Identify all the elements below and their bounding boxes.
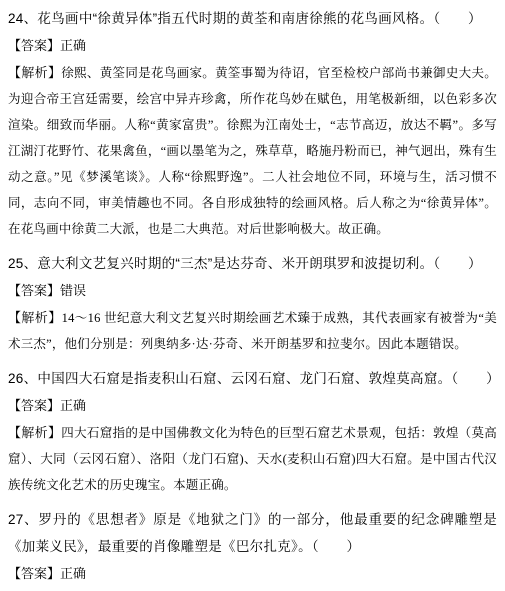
answer-line: 【答案】正确 <box>8 393 497 419</box>
analysis-line: 【解析】四大石窟指的是中国佛教文化为特色的巨型石窟艺术景观，包括：敦煌（莫高窟）… <box>8 420 497 498</box>
document-page: 24、花鸟画中“徐黄异体”指五代时期的黄荃和南唐徐熊的花鸟画风格。（ ） 【答案… <box>0 0 505 591</box>
analysis-text: 四大石窟指的是中国佛教文化为特色的巨型石窟艺术景观，包括：敦煌（莫高窟）、大同（… <box>8 426 497 492</box>
question-text: 24、花鸟画中“徐黄异体”指五代时期的黄荃和南唐徐熊的花鸟画风格。（ ） <box>8 5 497 32</box>
answer-label: 【答案】 <box>8 283 60 298</box>
question-text: 26、中国四大石窟是指麦积山石窟、云冈石窟、龙门石窟、敦煌莫高窟。（ ） <box>8 365 497 392</box>
answer-line: 【答案】错误 <box>8 278 497 304</box>
question-block-27: 27、罗丹的《思想者》原是《地狱之门》的一部分，他最重要的纪念碑雕塑是《加莱义民… <box>8 506 497 587</box>
analysis-line: 【解析】14～16 世纪意大利文艺复兴时期绘画艺术臻于成熟，其代表画家有被誉为“… <box>8 305 497 357</box>
answer-label: 【答案】 <box>8 566 60 581</box>
answer-value: 正确 <box>60 38 86 53</box>
analysis-label: 【解析】 <box>8 425 61 440</box>
analysis-text: 14～16 世纪意大利文艺复兴时期绘画艺术臻于成熟，其代表画家有被誉为“美术三杰… <box>8 311 497 351</box>
question-text: 25、意大利文艺复兴时期的“三杰”是达芬奇、米开朗琪罗和波提切利。（ ） <box>8 250 497 277</box>
answer-line: 【答案】正确 <box>8 33 497 59</box>
analysis-line: 【解析】徐熙、黄筌同是花鸟画家。黄筌事蜀为待诏，官至检校户部尚书兼御史大夫。为迎… <box>8 60 497 242</box>
answer-label: 【答案】 <box>8 398 60 413</box>
analysis-label: 【解析】 <box>8 65 61 80</box>
analysis-text: 徐熙、黄筌同是花鸟画家。黄筌事蜀为待诏，官至检校户部尚书兼御史大夫。为迎合帝王宫… <box>8 66 497 236</box>
answer-label: 【答案】 <box>8 38 60 53</box>
question-block-25: 25、意大利文艺复兴时期的“三杰”是达芬奇、米开朗琪罗和波提切利。（ ） 【答案… <box>8 250 497 357</box>
question-text: 27、罗丹的《思想者》原是《地狱之门》的一部分，他最重要的纪念碑雕塑是《加莱义民… <box>8 506 497 560</box>
question-block-24: 24、花鸟画中“徐黄异体”指五代时期的黄荃和南唐徐熊的花鸟画风格。（ ） 【答案… <box>8 5 497 242</box>
answer-value: 正确 <box>60 566 86 581</box>
answer-value: 正确 <box>60 398 86 413</box>
question-block-26: 26、中国四大石窟是指麦积山石窟、云冈石窟、龙门石窟、敦煌莫高窟。（ ） 【答案… <box>8 365 497 498</box>
answer-value: 错误 <box>60 283 86 298</box>
answer-line: 【答案】正确 <box>8 561 497 587</box>
analysis-label: 【解析】 <box>8 310 62 325</box>
